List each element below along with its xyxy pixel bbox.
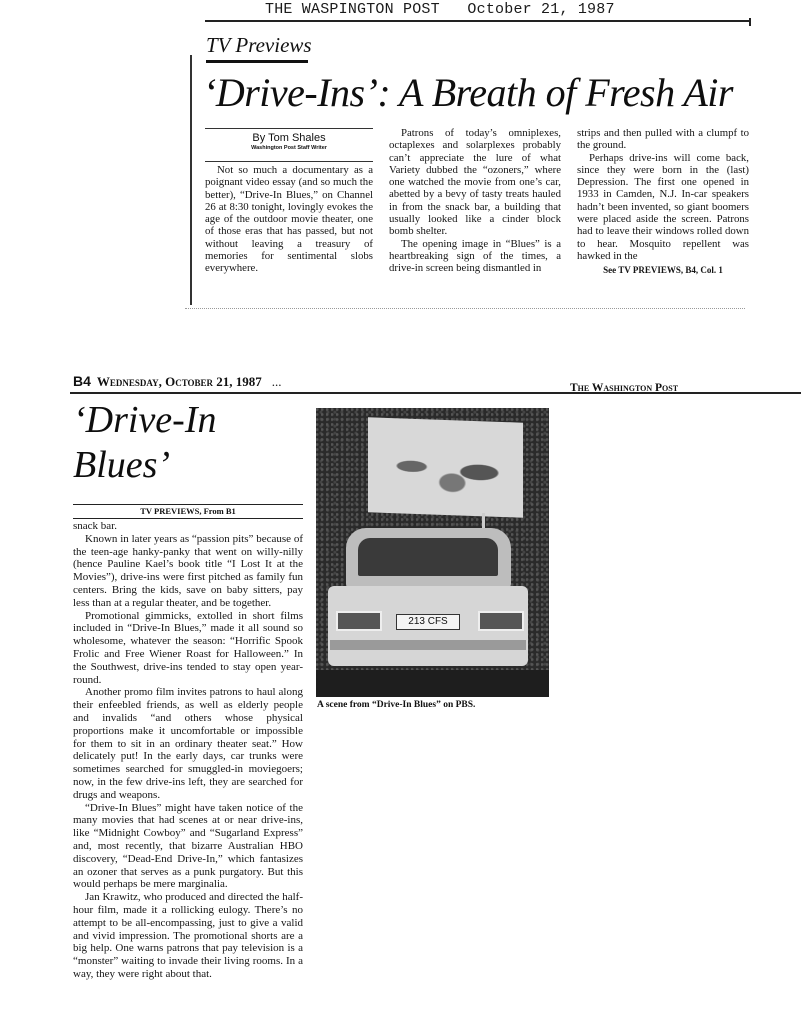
car-bumper xyxy=(330,640,526,650)
car-taillight-right xyxy=(478,611,524,631)
paragraph: “Drive-In Blues” might have taken notice… xyxy=(73,802,303,892)
photo-caption: A scene from “Drive-In Blues” on PBS. xyxy=(317,700,475,710)
paragraph: strips and then pulled with a clumpf to … xyxy=(577,127,749,152)
screen-image xyxy=(378,428,513,508)
ground xyxy=(316,670,549,697)
paragraph: The opening image in “Blues” is a heartb… xyxy=(389,238,561,275)
car-rear-window xyxy=(358,538,498,576)
article-column-1: Not so much a documentary as a poignant … xyxy=(205,164,373,275)
paragraph: Patrons of today’s omniplexes, octaplexe… xyxy=(389,127,561,238)
paragraph: Promotional gimmicks, extolled in short … xyxy=(73,610,303,687)
drive-in-screen xyxy=(368,417,523,517)
clipping-left-border xyxy=(190,55,192,305)
byline-rule xyxy=(205,161,373,162)
top-rule-corner xyxy=(749,18,751,26)
byline-author: By Tom Shales xyxy=(205,132,373,144)
paragraph: Known in later years as “passion pits” b… xyxy=(73,533,303,610)
clipping-cut-line xyxy=(185,308,745,309)
column-rule-1 xyxy=(205,128,373,129)
jump-head-rule-top xyxy=(73,504,303,505)
byline-role: Washington Post Staff Writer xyxy=(205,145,373,151)
jump-head: TV PREVIEWS, From B1 xyxy=(73,506,303,516)
byline: By Tom Shales Washington Post Staff Writ… xyxy=(205,132,373,151)
paragraph: Jan Krawitz, who produced and directed t… xyxy=(73,891,303,981)
folio-date: Wednesday, October 21, 1987 xyxy=(97,374,262,389)
folio-rule xyxy=(70,392,801,394)
article-column-2: Patrons of today’s omniplexes, octaplexe… xyxy=(389,127,561,275)
jump-head-rule-bottom xyxy=(73,518,303,519)
folio-ellipsis: ... xyxy=(272,374,282,389)
typed-source-header: THE WASPINGTON POST October 21, 1987 xyxy=(265,1,615,18)
article-photo: 213 CFS xyxy=(316,408,549,697)
jump-article-column: snack bar. Known in later years as “pass… xyxy=(73,520,303,981)
kicker-underline xyxy=(206,60,308,63)
paragraph: Perhaps drive-ins will come back, since … xyxy=(577,152,749,263)
section-kicker: TV Previews xyxy=(206,33,312,58)
paragraph: Not so much a documentary as a poignant … xyxy=(205,164,373,275)
article-headline: ‘Drive-Ins’: A Breath of Fresh Air xyxy=(203,69,733,116)
jump-headline: ‘Drive-In Blues’ xyxy=(73,398,293,488)
paragraph: snack bar. xyxy=(73,520,303,533)
top-rule xyxy=(205,20,751,22)
jump-line: See TV PREVIEWS, B4, Col. 1 xyxy=(577,264,749,276)
page-folio: B4Wednesday, October 21, 1987... xyxy=(73,373,282,390)
page-number: B4 xyxy=(73,373,91,389)
car-taillight-left xyxy=(336,611,382,631)
license-plate: 213 CFS xyxy=(396,614,460,630)
article-column-3: strips and then pulled with a clumpf to … xyxy=(577,127,749,277)
paragraph: Another promo film invites patrons to ha… xyxy=(73,686,303,801)
